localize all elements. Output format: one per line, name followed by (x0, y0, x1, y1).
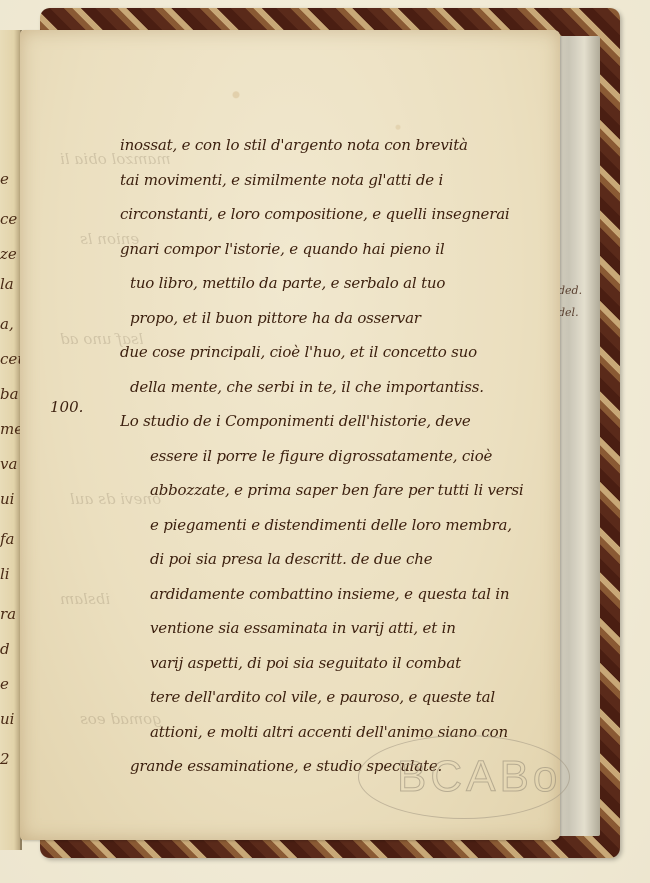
prev-page-fragment: ceu (0, 350, 22, 368)
text-line: ardidamente combattino insieme, e questa… (150, 577, 550, 612)
text-line: gnari compor l'istorie, e quando hai pie… (120, 232, 550, 267)
prev-page-fragment: va (0, 455, 17, 473)
text-line: Lo studio de i Componimenti dell'histori… (120, 404, 550, 439)
text-line: ventione sia essaminata in varij atti, e… (150, 611, 550, 646)
prev-page-fragment: li (0, 565, 10, 583)
text-line: e piegamenti e distendimenti delle loro … (150, 508, 550, 543)
manuscript-text: inossat, e con lo stil d'argento nota co… (120, 128, 550, 784)
library-watermark: BCABo (358, 735, 570, 819)
text-line: varij aspetti, di poi sia seguitato il c… (150, 646, 550, 681)
watermark-text: BCABo (397, 752, 561, 802)
edge-note: del. (558, 306, 579, 319)
prev-page-fragment: ce (0, 210, 17, 228)
text-line: tai movimenti, e similmente nota gl'atti… (120, 163, 550, 198)
prev-page-fragment: e (0, 675, 9, 693)
prev-page-fragment: ba (0, 385, 19, 403)
text-line: tuo libro, mettilo da parte, e serbalo a… (130, 266, 550, 301)
prev-page-fragment: fa (0, 530, 15, 548)
prev-page-fragment: 2 (0, 750, 10, 768)
folio-number: 100. (50, 398, 83, 416)
text-line: di poi sia presa la descritt. de due che (150, 542, 550, 577)
text-line: abbozzate, e prima saper ben fare per tu… (150, 473, 550, 508)
prev-page-fragment: ui (0, 490, 14, 508)
prev-page-fragment: la (0, 275, 14, 293)
prev-page-fragment: ra (0, 605, 16, 623)
text-line: della mente, che serbi in te, il che imp… (130, 370, 550, 405)
prev-page-fragment: a, (0, 315, 14, 333)
text-line: tere dell'ardito col vile, e pauroso, e … (150, 680, 550, 715)
text-line: circonstanti, e loro compositione, e que… (120, 197, 550, 232)
bleed-through-text: ibslam (60, 590, 110, 608)
prev-page-fragment: ui (0, 710, 14, 728)
text-line: due cose principali, cioè l'huo, et il c… (120, 335, 550, 370)
edge-note: ded. (558, 284, 582, 297)
text-line: propo, et il buon pittore ha da osservar (130, 301, 550, 336)
prev-page-fragment: me (0, 420, 22, 438)
previous-page-edge: e ce ze la a, ceu ba me va ui fa li ra d… (0, 30, 22, 850)
text-line: essere il porre le figure digrossatament… (150, 439, 550, 474)
text-line: inossat, e con lo stil d'argento nota co… (120, 128, 550, 163)
prev-page-fragment: d (0, 640, 10, 658)
prev-page-fragment: e (0, 170, 9, 188)
prev-page-fragment: ze (0, 245, 17, 263)
